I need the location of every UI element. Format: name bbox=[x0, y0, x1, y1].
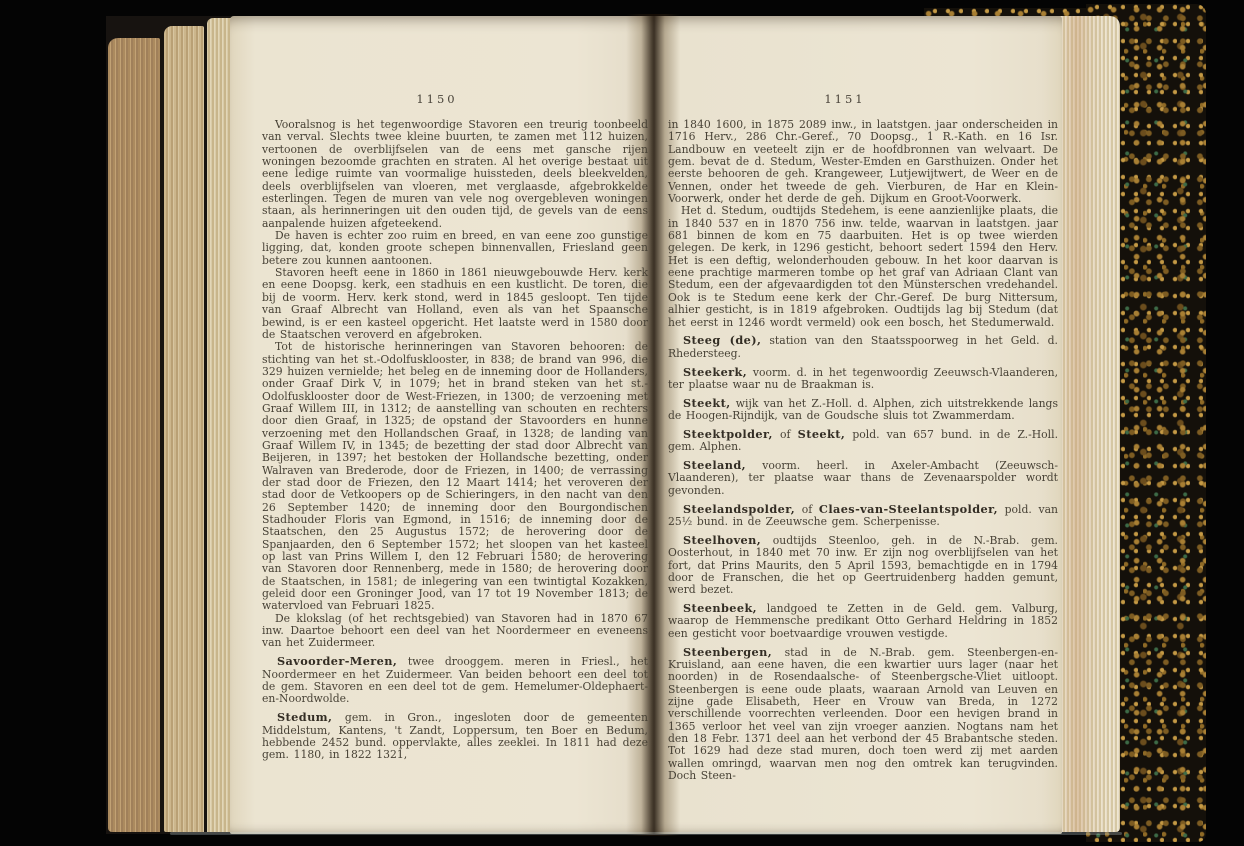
entry-headword: Steelandspolder, bbox=[683, 502, 795, 516]
entry-headword: Steeg (de), bbox=[683, 333, 761, 347]
page-edge-band-outer bbox=[108, 38, 160, 832]
text-run: Tot de historische herinneringen van Sta… bbox=[262, 340, 648, 612]
page-number-right: 1151 bbox=[668, 92, 1022, 106]
scanned-book-photo: 1150 1151 Vooralsnog is het tegenwoordig… bbox=[0, 0, 1244, 846]
entry-headword: Savoorder-Meren, bbox=[277, 654, 397, 668]
dictionary-entry: Steelhoven, oudtijds Steenloo, geh. in d… bbox=[668, 534, 1058, 597]
page-edge-stack-left bbox=[106, 16, 234, 834]
text-run: De klokslag (of het rechtsgebied) van St… bbox=[262, 612, 648, 650]
entry-headword: Steenbeek, bbox=[683, 601, 757, 615]
entry-headword: Stedum, bbox=[277, 710, 332, 724]
dictionary-entry: Steekerk, voorm. d. in het tegenwoordig … bbox=[668, 366, 1058, 392]
entry-headword: Steekt, bbox=[798, 427, 846, 441]
text-run: De haven is echter zoo ruim en breed, en… bbox=[262, 229, 648, 267]
dictionary-entry: Steelandspolder, of Claes-van-Steelantsp… bbox=[668, 503, 1058, 529]
dictionary-entry: Steeg (de), station van den Staatsspoorw… bbox=[668, 334, 1058, 360]
body-paragraph: Het d. Stedum, oudtijds Stedehem, is een… bbox=[668, 205, 1058, 328]
dictionary-entry: Steektpolder, of Steekt, pold. van 657 b… bbox=[668, 428, 1058, 454]
text-run: Het d. Stedum, oudtijds Stedehem, is een… bbox=[668, 204, 1058, 328]
body-paragraph: in 1840 1600, in 1875 2089 inw., in laat… bbox=[668, 119, 1058, 205]
entry-headword: Steektpolder, bbox=[683, 427, 773, 441]
page-bottom-edge-highlight bbox=[170, 832, 1122, 835]
entry-headword: Claes-van-Steelantspolder, bbox=[819, 502, 998, 516]
entry-headword: Steeland, bbox=[683, 458, 746, 472]
body-paragraph: Tot de historische herinneringen van Sta… bbox=[262, 341, 648, 613]
page-number-left: 1150 bbox=[262, 92, 612, 106]
body-paragraph: De haven is echter zoo ruim en breed, en… bbox=[262, 230, 648, 267]
dictionary-entry: Steenbeek, landgoed te Zetten in de Geld… bbox=[668, 602, 1058, 640]
dictionary-entry: Steeland, voorm. heerl. in Axeler-Ambach… bbox=[668, 459, 1058, 497]
text-run: stad in de N.-Brab. gem. Steenbergen-en-… bbox=[668, 646, 1058, 782]
entry-headword: Steelhoven, bbox=[683, 533, 761, 547]
text-run: Stavoren heeft eene in 1860 in 1861 nieu… bbox=[262, 266, 648, 341]
text-run: in 1840 1600, in 1875 2089 inw., in laat… bbox=[668, 118, 1058, 205]
text-run: of bbox=[795, 503, 819, 516]
body-paragraph: De klokslag (of het rechtsgebied) van St… bbox=[262, 613, 648, 650]
dictionary-entry: Steekt, wijk van het Z.-Holl. d. Alphen,… bbox=[668, 397, 1058, 423]
dictionary-entry: Stedum, gem. in Gron., ingesloten door d… bbox=[262, 711, 648, 761]
entry-headword: Steekt, bbox=[683, 396, 731, 410]
page-edge-band-middle bbox=[164, 26, 204, 832]
entry-headword: Steenbergen, bbox=[683, 645, 772, 659]
text-run: of bbox=[773, 428, 798, 441]
body-paragraph: Vooralsnog is het tegenwoordige Stavoren… bbox=[262, 119, 648, 230]
entry-headword: Steekerk, bbox=[683, 365, 747, 379]
page-body-left: Vooralsnog is het tegenwoordige Stavoren… bbox=[262, 119, 648, 762]
page-edge-stack-right bbox=[1058, 16, 1120, 832]
dictionary-entry: Steenbergen, stad in de N.-Brab. gem. St… bbox=[668, 646, 1058, 783]
body-paragraph: Stavoren heeft eene in 1860 in 1861 nieu… bbox=[262, 267, 648, 341]
page-body-right: in 1840 1600, in 1875 2089 inw., in laat… bbox=[668, 119, 1058, 782]
dictionary-entry: Savoorder-Meren, twee drooggem. meren in… bbox=[262, 655, 648, 705]
text-run: Vooralsnog is het tegenwoordige Stavoren… bbox=[262, 118, 648, 230]
